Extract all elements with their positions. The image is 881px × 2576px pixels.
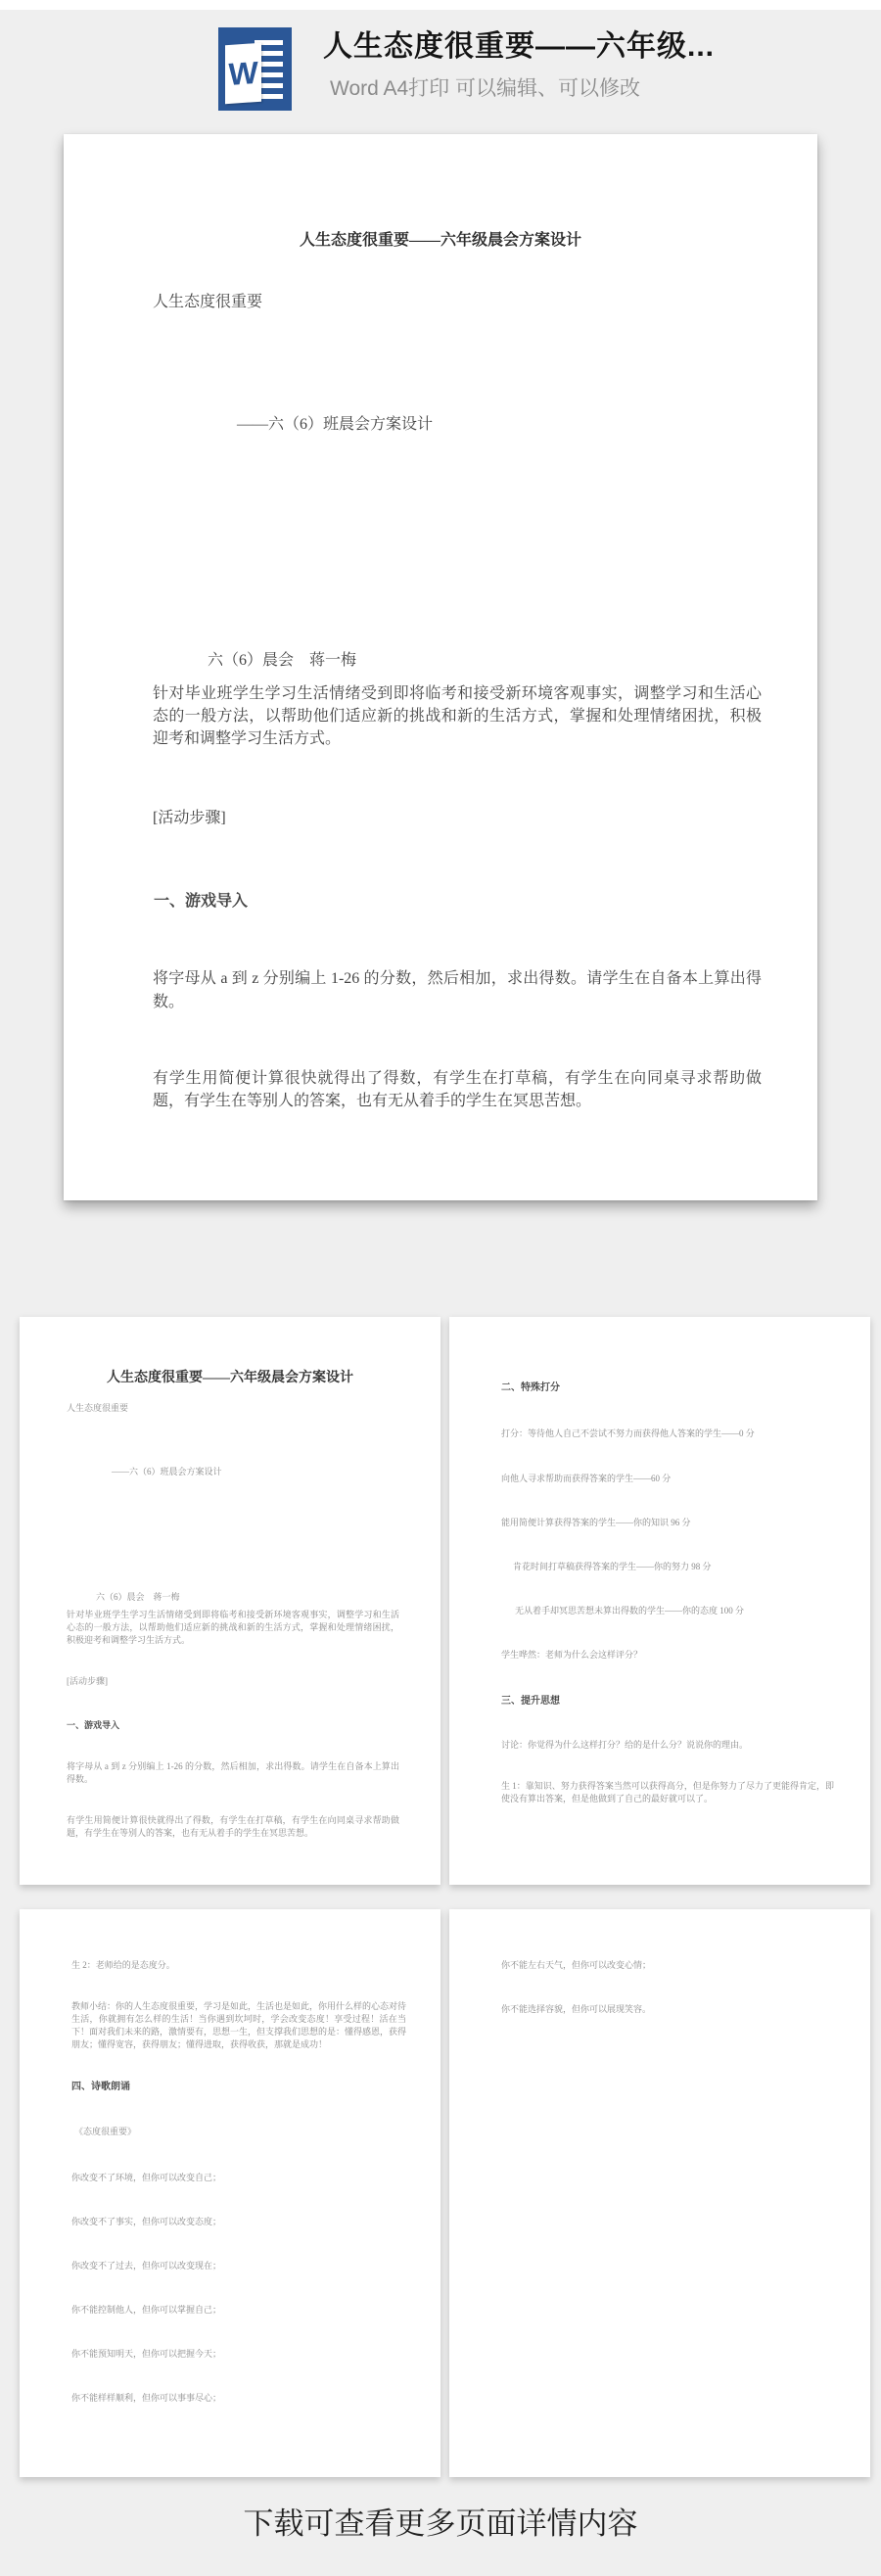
thumb3-poem-line: 你改变不了过去，但你可以改变现在；: [71, 2259, 221, 2272]
thumb3-heading-poem: 四、诗歌朗诵: [71, 2078, 130, 2092]
word-icon-page: W: [225, 43, 261, 105]
page1-author-line: 六（6）晨会 蒋一梅: [208, 647, 356, 670]
thumb1-game-paragraph-2: 有学生用简便计算很快就得出了得数，有学生在打草稿，有学生在向同桌寻求帮助做题，有…: [67, 1814, 399, 1840]
thumb3-poem-line: 你改变不了事实，但你可以改变态度；: [71, 2215, 221, 2227]
thumbnail-page-1: 人生态度很重要——六年级晨会方案设计 人生态度很重要 ——六（6）班晨会方案设计…: [20, 1317, 440, 1885]
preview-canvas: W 人生态度很重要——六年级... Word A4打印 可以编辑、可以修改 人生…: [0, 0, 881, 2576]
page1-subtitle-line2: ——六（6）班晨会方案设计: [237, 411, 433, 434]
thumb1-game-paragraph-1: 将字母从 a 到 z 分别编上 1-26 的分数，然后相加，求出得数。请学生在自…: [67, 1760, 399, 1786]
word-icon-letter: W: [228, 57, 257, 90]
thumb3-poem-line: 你改变不了环境，但你可以改变自己；: [71, 2171, 221, 2183]
document-format-info: Word A4打印 可以编辑、可以修改: [330, 72, 640, 102]
thumb2-heading-scoring: 二、特殊打分: [501, 1379, 560, 1393]
thumb3-poem-title: 《态度很重要》: [74, 2125, 136, 2137]
page1-game-paragraph-2: 有学生用简便计算很快就得出了得数，有学生在打草稿，有学生在向同桌寻求帮助做题，有…: [153, 1067, 762, 1112]
thumb1-author-line: 六（6）晨会 蒋一梅: [96, 1590, 180, 1603]
thumb2-score-line: 向他人寻求帮助而获得答案的学生——60 分: [501, 1472, 671, 1484]
thumb2-student1-paragraph: 生 1：靠知识、努力获得答案当然可以获得高分，但是你努力了尽力了更能得肯定，即使…: [501, 1780, 834, 1805]
thumb2-score-line: 无从着手却冥思苦想未算出得数的学生——你的态度 100 分: [515, 1604, 744, 1616]
thumb1-title: 人生态度很重要——六年级晨会方案设计: [20, 1367, 440, 1386]
thumb3-poem-line: 你不能控制他人，但你可以掌握自己；: [71, 2303, 221, 2316]
thumbnail-page-4: 你不能左右天气，但你可以改变心情； 你不能选择容貌，但你可以展现笑容。: [449, 1909, 870, 2477]
thumbnail-page-3: 生 2：老师给的是态度分。 教师小结：你的人生态度很重要，学习是如此，生活也是如…: [20, 1909, 440, 2477]
thumb1-activity-steps-label: [活动步骤]: [67, 1674, 108, 1687]
thumb1-subtitle-line: 人生态度很重要: [67, 1401, 128, 1414]
thumb2-score-line: 肯花时间打草稿获得答案的学生——你的努力 98 分: [513, 1560, 712, 1572]
thumb3-poem-line: 你不能样样顺利，但你可以事事尽心；: [71, 2391, 221, 2404]
download-hint-label: 下载可查看更多页面详情内容: [0, 2499, 881, 2543]
page1-section-heading-game: 一、游戏导入: [154, 888, 248, 911]
thumb1-section-heading-game: 一、游戏导入: [67, 1718, 119, 1731]
thumb3-teacher-summary: 教师小结：你的人生态度很重要，学习是如此，生活也是如此，你用什么样的心态对待生活…: [71, 2000, 406, 2051]
page1-activity-steps-label: [活动步骤]: [153, 805, 226, 827]
document-page-1-preview: 人生态度很重要——六年级晨会方案设计 人生态度很重要 ——六（6）班晨会方案设计…: [64, 134, 817, 1200]
thumbnail-page-2: 二、特殊打分 打分：等待他人自己不尝试不努力而获得他人答案的学生——0 分 向他…: [449, 1317, 870, 1885]
thumb2-score-line: 打分：等待他人自己不尝试不努力而获得他人答案的学生——0 分: [501, 1427, 755, 1439]
thumb2-heading-thinking: 三、提升思想: [501, 1692, 560, 1707]
thumb2-score-line: 能用简便计算获得答案的学生——你的知识 96 分: [501, 1516, 691, 1528]
top-strip: [0, 0, 881, 10]
document-title: 人生态度很重要——六年级...: [323, 22, 715, 65]
thumb4-poem-line: 你不能选择容貌，但你可以展现笑容。: [501, 2002, 651, 2015]
word-file-icon: W: [218, 27, 292, 111]
thumb2-score-line: 学生哗然：老师为什么会这样评分？: [501, 1648, 642, 1661]
page1-intro-paragraph: 针对毕业班学生学习生活情绪受到即将临考和接受新环境客观事实，调整学习和生活心态的…: [153, 682, 762, 750]
thumb3-poem-line: 你不能预知明天，但你可以把握今天；: [71, 2347, 221, 2360]
page1-subtitle-line: 人生态度很重要: [153, 289, 262, 311]
page1-game-paragraph-1: 将字母从 a 到 z 分别编上 1-26 的分数，然后相加，求出得数。请学生在自…: [153, 967, 762, 1014]
thumb1-intro-paragraph: 针对毕业班学生学习生活情绪受到即将临考和接受新环境客观事实，调整学习和生活心态的…: [67, 1609, 399, 1647]
thumb1-subtitle-line2: ——六（6）班晨会方案设计: [112, 1465, 222, 1477]
thumb4-poem-line: 你不能左右天气，但你可以改变心情；: [501, 1958, 651, 1971]
thumb2-discussion-line: 讨论：你觉得为什么这样打分？给的是什么分？说说你的理由。: [501, 1738, 748, 1751]
thumb3-student2-line: 生 2：老师给的是态度分。: [71, 1958, 175, 1971]
page1-title: 人生态度很重要——六年级晨会方案设计: [64, 227, 817, 250]
